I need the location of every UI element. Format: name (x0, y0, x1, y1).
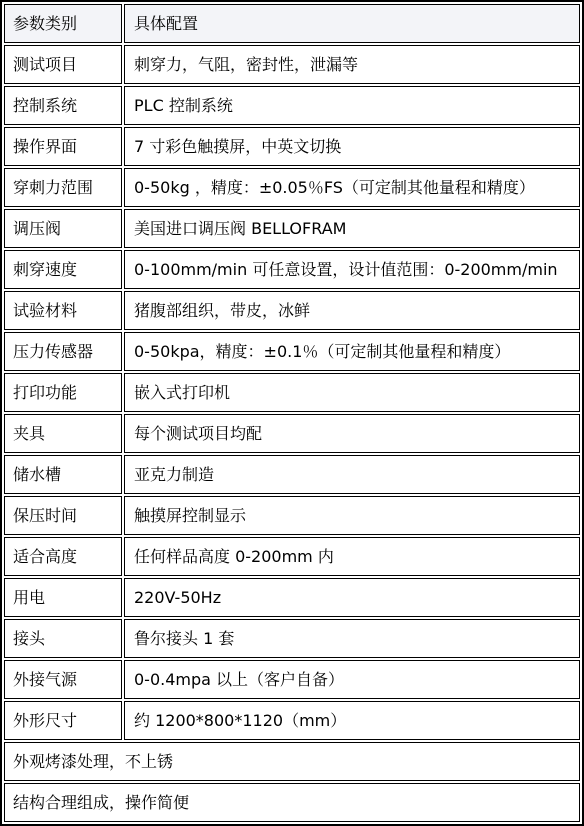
spec-table-row: 控制系统 PLC 控制系统 (4, 86, 580, 125)
parameter-category-cell: 夹具 (4, 414, 122, 453)
full-width-note-cell: 结构合理组成，操作简便 (4, 783, 580, 822)
spec-table-row: 接头 鲁尔接头 1 套 (4, 619, 580, 658)
spec-table-full-row: 结构合理组成，操作简便 (4, 783, 580, 822)
parameter-category-cell: 控制系统 (4, 86, 122, 125)
parameter-category-cell: 操作界面 (4, 127, 122, 166)
configuration-value-cell: 0-100mm/min 可任意设置，设计值范围：0-200mm/min (124, 250, 580, 289)
spec-table-row: 压力传感器 0-50kpa，精度：±0.1％（可定制其他量程和精度） (4, 332, 580, 371)
configuration-value-cell: 任何样品高度 0-200mm 内 (124, 537, 580, 576)
full-width-note-cell: 外观烤漆处理，不上锈 (4, 742, 580, 781)
parameter-category-cell: 外形尺寸 (4, 701, 122, 740)
parameter-category-cell: 压力传感器 (4, 332, 122, 371)
spec-table-row: 储水槽 亚克力制造 (4, 455, 580, 494)
configuration-value-cell: 7 寸彩色触摸屏，中英文切换 (124, 127, 580, 166)
configuration-value-cell: 美国进口调压阀 BELLOFRAM (124, 209, 580, 248)
configuration-value-cell: 鲁尔接头 1 套 (124, 619, 580, 658)
spec-table-row: 打印功能 嵌入式打印机 (4, 373, 580, 412)
parameter-category-cell: 试验材料 (4, 291, 122, 330)
configuration-value-cell: 刺穿力，气阻，密封性，泄漏等 (124, 45, 580, 84)
spec-table-full-row: 外观烤漆处理，不上锈 (4, 742, 580, 781)
configuration-value-cell: 嵌入式打印机 (124, 373, 580, 412)
header-cell-parameter-category: 参数类别 (4, 4, 122, 43)
spec-table-row: 调压阀 美国进口调压阀 BELLOFRAM (4, 209, 580, 248)
spec-table-row: 测试项目 刺穿力，气阻，密封性，泄漏等 (4, 45, 580, 84)
parameter-category-cell: 保压时间 (4, 496, 122, 535)
configuration-value-cell: 约 1200*800*1120（mm） (124, 701, 580, 740)
parameter-category-cell: 外接气源 (4, 660, 122, 699)
parameter-category-cell: 打印功能 (4, 373, 122, 412)
spec-table-header-row: 参数类别 具体配置 (4, 4, 580, 43)
spec-table-row: 用电 220V-50Hz (4, 578, 580, 617)
spec-table-row: 保压时间 触摸屏控制显示 (4, 496, 580, 535)
configuration-value-cell: 220V-50Hz (124, 578, 580, 617)
spec-table-row: 试验材料 猪腹部组织，带皮，冰鲜 (4, 291, 580, 330)
spec-table-body: 参数类别 具体配置 测试项目 刺穿力，气阻，密封性，泄漏等 控制系统 PLC 控… (4, 4, 580, 822)
configuration-value-cell: 猪腹部组织，带皮，冰鲜 (124, 291, 580, 330)
spec-table-row: 刺穿速度 0-100mm/min 可任意设置，设计值范围：0-200mm/min (4, 250, 580, 289)
configuration-value-cell: 0-0.4mpa 以上（客户自备） (124, 660, 580, 699)
configuration-value-cell: 0-50kpa，精度：±0.1％（可定制其他量程和精度） (124, 332, 580, 371)
parameter-category-cell: 储水槽 (4, 455, 122, 494)
spec-table-row: 外接气源 0-0.4mpa 以上（客户自备） (4, 660, 580, 699)
parameter-category-cell: 调压阀 (4, 209, 122, 248)
spec-table-row: 适合高度 任何样品高度 0-200mm 内 (4, 537, 580, 576)
parameter-category-cell: 接头 (4, 619, 122, 658)
parameter-category-cell: 穿刺力范围 (4, 168, 122, 207)
configuration-value-cell: 0-50kg ，精度：±0.05％FS（可定制其他量程和精度） (124, 168, 580, 207)
parameter-category-cell: 刺穿速度 (4, 250, 122, 289)
header-cell-specific-configuration: 具体配置 (124, 4, 580, 43)
parameter-category-cell: 用电 (4, 578, 122, 617)
spec-table-row: 穿刺力范围 0-50kg ，精度：±0.05％FS（可定制其他量程和精度） (4, 168, 580, 207)
spec-table-row: 外形尺寸 约 1200*800*1120（mm） (4, 701, 580, 740)
configuration-value-cell: 亚克力制造 (124, 455, 580, 494)
configuration-value-cell: PLC 控制系统 (124, 86, 580, 125)
spec-table: 参数类别 具体配置 测试项目 刺穿力，气阻，密封性，泄漏等 控制系统 PLC 控… (0, 0, 584, 826)
configuration-value-cell: 触摸屏控制显示 (124, 496, 580, 535)
spec-table-row: 操作界面 7 寸彩色触摸屏，中英文切换 (4, 127, 580, 166)
parameter-category-cell: 适合高度 (4, 537, 122, 576)
parameter-category-cell: 测试项目 (4, 45, 122, 84)
spec-table-row: 夹具 每个测试项目均配 (4, 414, 580, 453)
configuration-value-cell: 每个测试项目均配 (124, 414, 580, 453)
